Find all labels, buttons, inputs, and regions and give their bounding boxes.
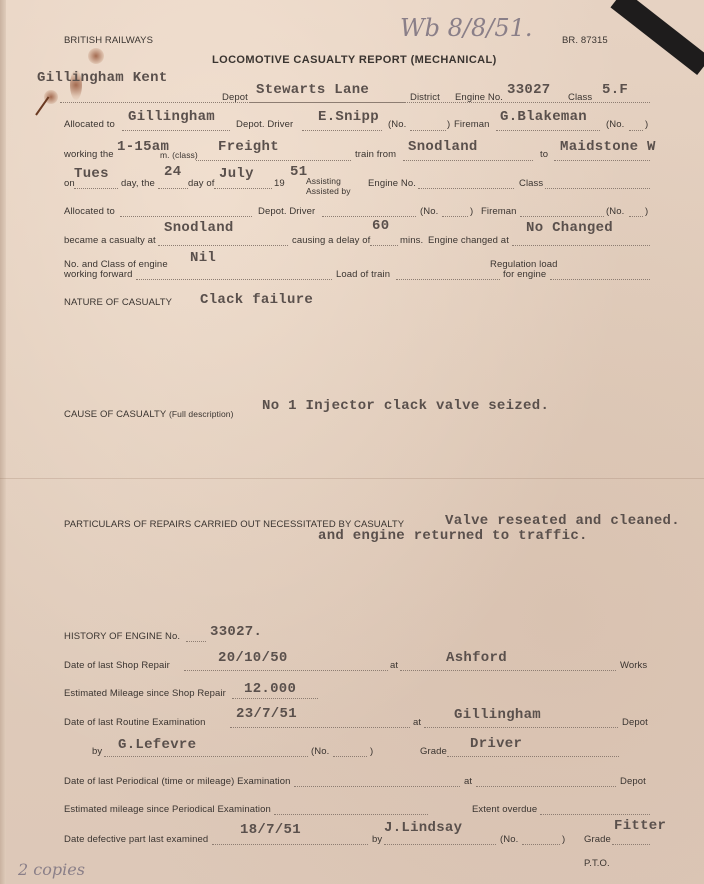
day-of-label: day of [188, 178, 214, 189]
day-the-label: day, the [121, 178, 155, 189]
became-casualty-label: became a casualty at [64, 235, 156, 246]
allocated-to-value[interactable]: Gillingham [128, 109, 215, 125]
periodical-mileage-line [274, 814, 428, 815]
working-the-label: working the [64, 149, 114, 160]
staple-mark [35, 96, 49, 115]
grade-label: Grade [420, 746, 447, 757]
assist-depot-driver-label: Depot. Driver [258, 206, 315, 217]
driver-no-line [410, 130, 446, 131]
driver-line [302, 130, 382, 131]
assist-fireman-line [520, 216, 604, 217]
weekday-value[interactable]: Tues [74, 166, 109, 182]
form-number: BR. 87315 [562, 35, 608, 46]
assist-driver-no-close: ) [470, 206, 473, 217]
regulation-label-2: for engine [503, 269, 546, 280]
periodical-depot-label: Depot [620, 776, 646, 787]
forward-value[interactable]: Nil [190, 250, 216, 266]
shop-repair-at-value[interactable]: Ashford [446, 650, 507, 666]
by-label: by [92, 746, 102, 757]
assist-allocated-line [120, 216, 252, 217]
by-value[interactable]: G.Lefevre [118, 737, 196, 753]
shop-repair-date[interactable]: 20/10/50 [218, 650, 288, 666]
driver-no-label: (No. [388, 119, 406, 130]
defective-no-label: (No. [500, 834, 518, 845]
assist-driver-no-label: (No. [420, 206, 438, 217]
month-value[interactable]: July [219, 166, 254, 182]
assist-engine-no-label: Engine No. [368, 178, 416, 189]
engine-changed-label: Engine changed at [428, 235, 509, 246]
handwritten-footer: 2 copies [18, 860, 85, 879]
routine-label: Date of last Routine Examination [64, 717, 206, 728]
defective-grade-value[interactable]: Fitter [614, 818, 666, 834]
shop-repair-line [184, 670, 388, 671]
to-label: to [540, 149, 548, 160]
load-label: Load of train [336, 269, 390, 280]
grade-value[interactable]: Driver [470, 736, 522, 752]
fireman-no-label: (No. [606, 119, 624, 130]
nature-label: NATURE OF CASUALTY [64, 297, 172, 308]
works-label: Works [620, 660, 647, 671]
periodical-label: Date of last Periodical (time or mileage… [64, 776, 291, 787]
by-line [104, 756, 308, 757]
assist-driver-no-line [442, 216, 468, 217]
defective-grade-label: Grade [584, 834, 611, 845]
periodical-at-line [476, 786, 616, 787]
location-value: Gillingham Kent [37, 70, 168, 86]
forward-line [136, 279, 332, 280]
train-class-label: m. (class) [160, 150, 198, 160]
routine-at-value[interactable]: Gillingham [454, 707, 541, 723]
defective-date[interactable]: 18/7/51 [240, 822, 301, 838]
assist-fireman-no-label: (No. [606, 206, 624, 217]
by-no-label: (No. [311, 746, 329, 757]
year-prefix: 19 [274, 178, 285, 189]
defective-no-close: ) [562, 834, 565, 845]
depot-driver-label: Depot. Driver [236, 119, 293, 130]
driver-value[interactable]: E.Snipp [318, 109, 379, 125]
cause-label-note: (Full description) [169, 409, 234, 419]
to-line [554, 160, 650, 161]
cause-label-text: CAUSE OF CASUALTY [64, 409, 166, 420]
overdue-line [540, 814, 650, 815]
engine-changed-line [512, 245, 650, 246]
rust-stain [88, 48, 104, 64]
form-title: LOCOMOTIVE CASUALTY REPORT (MECHANICAL) [212, 54, 497, 66]
defective-by-value[interactable]: J.Lindsay [384, 820, 462, 836]
assisted-by-label: Assisted by [306, 186, 351, 196]
allocated-to-label: Allocated to [64, 119, 115, 130]
periodical-at-label: at [464, 776, 472, 787]
handwritten-date: Wb 8/8/51. [400, 14, 533, 42]
cause-value[interactable]: No 1 Injector clack valve seized. [262, 398, 549, 414]
nature-value[interactable]: Clack failure [200, 292, 313, 308]
forward-label-2: working forward [64, 269, 133, 280]
pto-label: P.T.O. [584, 858, 610, 869]
shop-repair-at-line [400, 670, 616, 671]
repairs-line-2[interactable]: and engine returned to traffic. [318, 528, 588, 544]
mileage-line [232, 698, 318, 699]
train-type-line [196, 160, 351, 161]
fireman-line [496, 130, 600, 131]
mins-label: mins. [400, 235, 423, 246]
train-type-value[interactable]: Freight [218, 139, 279, 155]
fireman-label: Fireman [454, 119, 490, 130]
day-value[interactable]: 24 [164, 164, 181, 180]
regulation-line [550, 279, 650, 280]
delay-line [370, 245, 398, 246]
mileage-value[interactable]: 12.000 [244, 681, 296, 697]
org-name: BRITISH RAILWAYS [64, 35, 153, 46]
assist-driver-line [322, 216, 416, 217]
routine-line [230, 727, 410, 728]
year-value[interactable]: 51 [290, 164, 307, 180]
depot-value[interactable]: Stewarts Lane [256, 82, 369, 98]
assist-fireman-label: Fireman [481, 206, 517, 217]
fireman-no-close: ) [645, 119, 648, 130]
assist-class-label: Class [519, 178, 543, 189]
defective-by-label: by [372, 834, 382, 845]
from-line [403, 160, 533, 161]
train-from-label: train from [355, 149, 396, 160]
assisting-label: Assisting [306, 176, 341, 186]
report-form: BRITISH RAILWAYS Wb 8/8/51. BR. 87315 LO… [0, 0, 704, 884]
fireman-no-line [629, 130, 643, 131]
fireman-value[interactable]: G.Blakeman [500, 109, 587, 125]
engine-no-value[interactable]: 33027 [507, 82, 551, 98]
allocated-line [122, 130, 230, 131]
paper-edge [0, 0, 6, 884]
delay-label: causing a delay of [292, 235, 370, 246]
class-value[interactable]: 5.F [602, 82, 628, 98]
assist-allocated-label: Allocated to [64, 206, 115, 217]
history-engine-value[interactable]: 33027. [210, 624, 262, 640]
defective-by-line [384, 844, 496, 845]
defective-grade-line [612, 844, 650, 845]
by-no-close: ) [370, 746, 373, 757]
overdue-label: Extent overdue [472, 804, 537, 815]
header-line [60, 102, 650, 103]
routine-at-label: at [413, 717, 421, 728]
month-line [214, 188, 272, 189]
assist-engine-line [418, 188, 514, 189]
load-line [396, 279, 500, 280]
corner-tape [610, 0, 704, 75]
by-no-line [333, 756, 367, 757]
to-value[interactable]: Maidstone W [560, 139, 656, 155]
defective-no-line [522, 844, 560, 845]
repairs-line-1[interactable]: Valve reseated and cleaned. [445, 513, 680, 529]
casualty-place-line [158, 245, 288, 246]
shop-repair-label: Date of last Shop Repair [64, 660, 170, 671]
history-label: HISTORY OF ENGINE No. [64, 631, 180, 642]
grade-line [447, 756, 619, 757]
routine-depot-label: Depot [622, 717, 648, 728]
defective-label: Date defective part last examined [64, 834, 208, 845]
shop-repair-at-label: at [390, 660, 398, 671]
assist-fireman-no-line [629, 216, 643, 217]
driver-no-close: ) [447, 119, 450, 130]
routine-at-line [424, 727, 618, 728]
mileage-label: Estimated Mileage since Shop Repair [64, 688, 226, 699]
assist-fireman-no-close: ) [645, 206, 648, 217]
weekday-line [74, 188, 118, 189]
periodical-line [294, 786, 460, 787]
casualty-place-value[interactable]: Snodland [164, 220, 234, 236]
periodical-mileage-label: Estimated mileage since Periodical Exami… [64, 804, 271, 815]
history-engine-line [186, 641, 206, 642]
delay-value[interactable]: 60 [372, 218, 389, 234]
defective-line [212, 844, 368, 845]
day-line [158, 188, 188, 189]
routine-date[interactable]: 23/7/51 [236, 706, 297, 722]
cause-label: CAUSE OF CASUALTY (Full description) [64, 409, 234, 420]
assist-class-line [545, 188, 650, 189]
from-value[interactable]: Snodland [408, 139, 478, 155]
paper-fold [0, 478, 704, 479]
engine-changed-value[interactable]: No Changed [526, 220, 613, 236]
